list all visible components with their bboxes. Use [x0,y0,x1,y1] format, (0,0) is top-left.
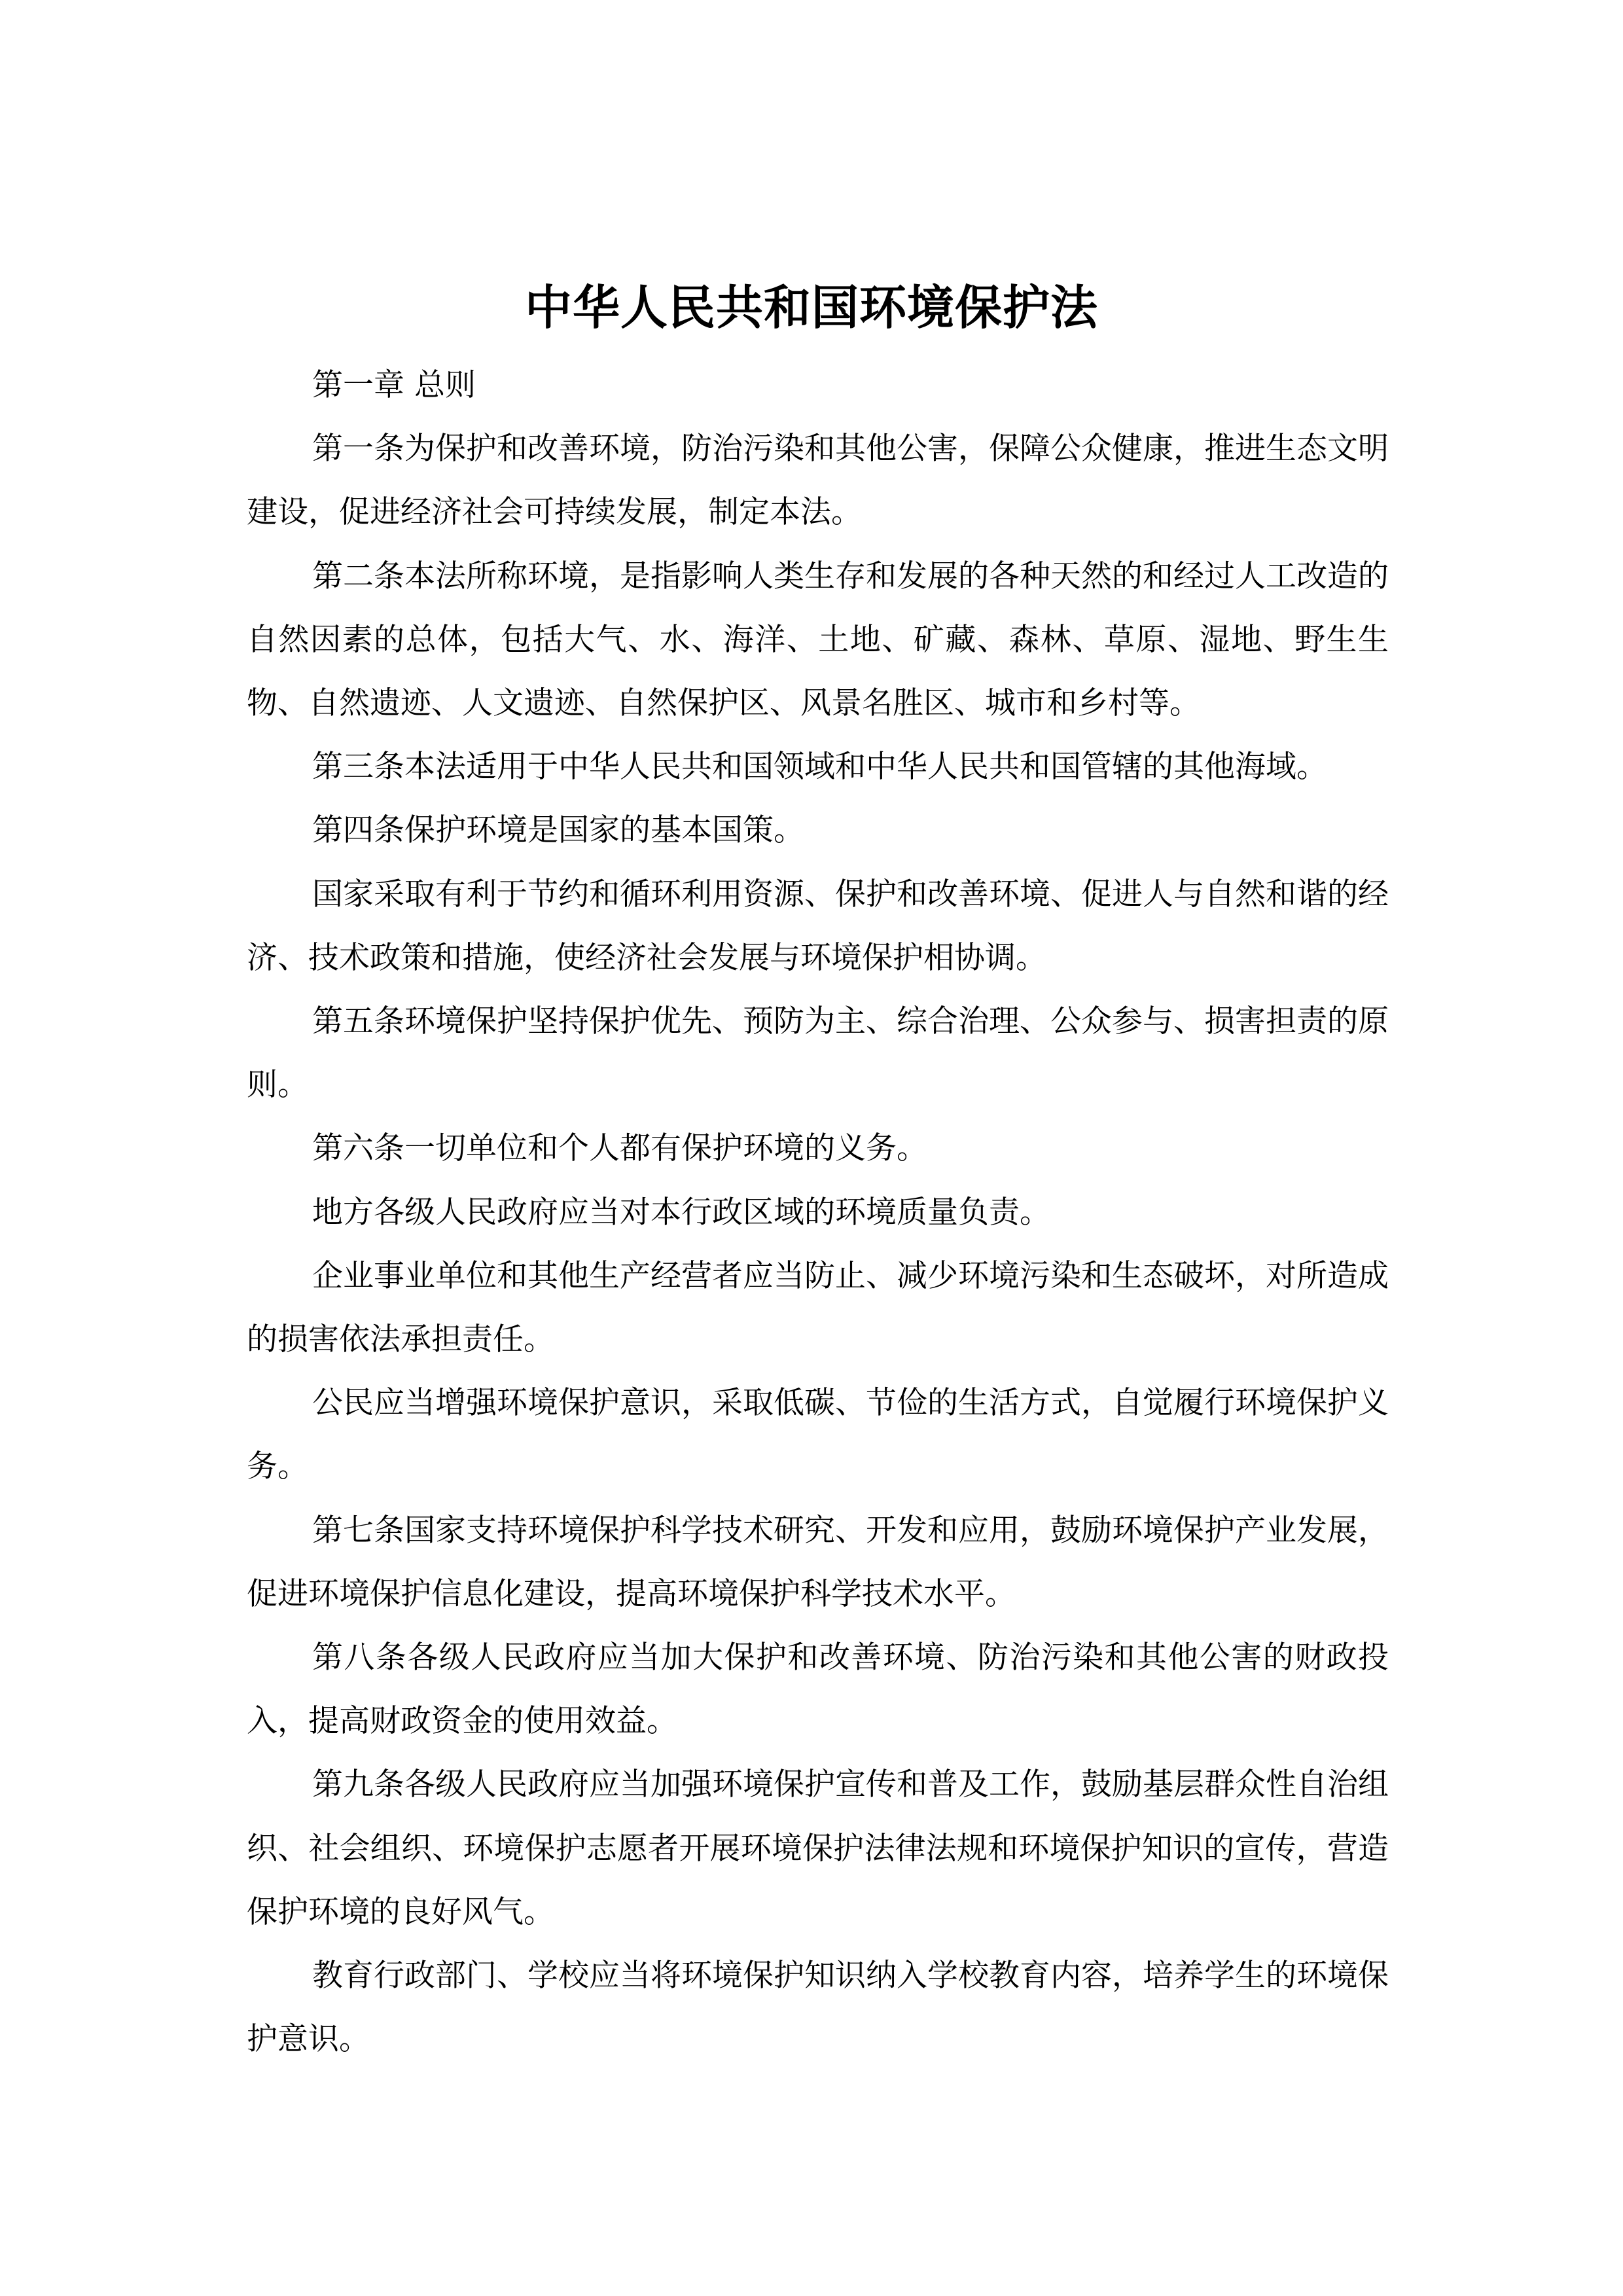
paragraph-article-3: 第三条本法适用于中华人民共和国领域和中华人民共和国管辖的其他海域。 [247,735,1389,798]
paragraph-article-4: 第四条保护环境是国家的基本国策。 [247,798,1389,862]
paragraph-article-2: 第二条本法所称环境，是指影响人类生存和发展的各种天然的和经过人工改造的自然因素的… [247,545,1389,736]
document-page: 中华人民共和国环境保护法 第一章 总则 第一条为保护和改善环境，防治污染和其他公… [0,0,1623,2296]
paragraph-article-6-clause-3: 企业事业单位和其他生产经营者应当防止、减少环境污染和生态破坏，对所造成的损害依法… [247,1244,1389,1371]
paragraph-article-8: 第八条各级人民政府应当加大保护和改善环境、防治污染和其他公害的财政投入，提高财政… [247,1626,1389,1753]
paragraph-article-6-clause-4: 公民应当增强环境保护意识，采取低碳、节俭的生活方式，自觉履行环境保护义务。 [247,1371,1389,1498]
document-body: 第一章 总则 第一条为保护和改善环境，防治污染和其他公害，保障公众健康，推进生态… [247,353,1389,2071]
paragraph-article-7: 第七条国家支持环境保护科学技术研究、开发和应用，鼓励环境保护产业发展，促进环境保… [247,1499,1389,1626]
chapter-heading: 第一章 总则 [247,353,1389,417]
paragraph-article-9-clause-2: 教育行政部门、学校应当将环境保护知识纳入学校教育内容，培养学生的环境保护意识。 [247,1944,1389,2071]
paragraph-article-6: 第六条一切单位和个人都有保护环境的义务。 [247,1117,1389,1180]
paragraph-article-9: 第九条各级人民政府应当加强环境保护宣传和普及工作，鼓励基层群众性自治组织、社会组… [247,1753,1389,1944]
paragraph-article-5: 第五条环境保护坚持保护优先、预防为主、综合治理、公众参与、损害担责的原则。 [247,990,1389,1117]
paragraph-article-1: 第一条为保护和改善环境，防治污染和其他公害，保障公众健康，推进生态文明建设，促进… [247,417,1389,544]
paragraph-article-6-clause-2: 地方各级人民政府应当对本行政区域的环境质量负责。 [247,1181,1389,1244]
paragraph-article-4-clause-2: 国家采取有利于节约和循环利用资源、保护和改善环境、促进人与自然和谐的经济、技术政… [247,863,1389,990]
document-title: 中华人民共和国环境保护法 [0,275,1623,340]
